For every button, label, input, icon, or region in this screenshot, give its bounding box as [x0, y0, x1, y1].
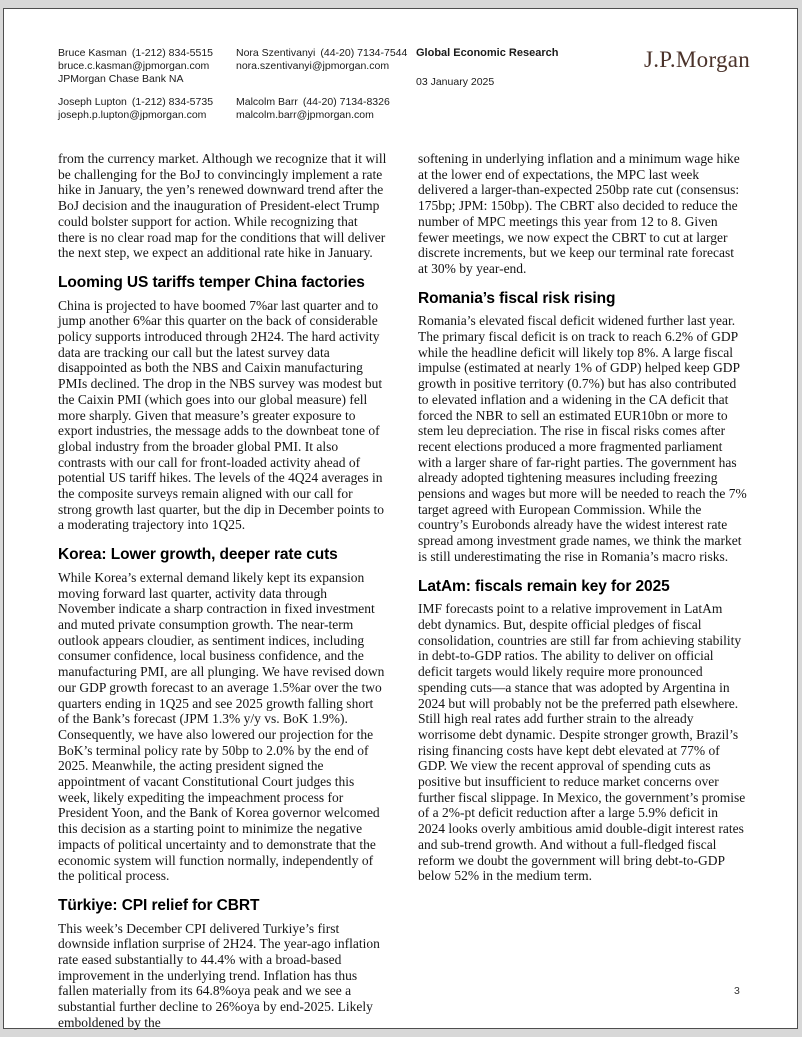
paragraph-turkiye: This week’s December CPI delivered Turki…	[58, 921, 387, 1031]
department-title: Global Economic Research	[416, 47, 616, 60]
section-heading-latam: LatAm: fiscals remain key for 2025	[418, 579, 747, 595]
contact-name-phone: Bruce Kasman(1-212) 834-5515	[58, 47, 230, 60]
section-heading-romania: Romania’s fiscal risk rising	[418, 291, 747, 307]
publication-date: 03 January 2025	[416, 76, 616, 89]
paragraph-china: China is projected to have boomed 7%ar l…	[58, 298, 387, 534]
text-column-left: from the currency market. Although we re…	[58, 151, 387, 1031]
contact-org: JPMorgan Chase Bank NA	[58, 73, 230, 86]
contact-email: joseph.p.lupton@jpmorgan.com	[58, 109, 230, 122]
paragraph-latam: IMF forecasts point to a relative improv…	[418, 601, 747, 884]
section-heading-china-tariffs: Looming US tariffs temper China factorie…	[58, 275, 387, 291]
contact-phone: (44-20) 7134-8326	[303, 96, 390, 108]
paragraph-boj-continuation: from the currency market. Although we re…	[58, 151, 387, 261]
header-contacts-column-2: Nora Szentivanyi(44-20) 7134-7544 nora.s…	[236, 47, 412, 127]
contact-email: bruce.c.kasman@jpmorgan.com	[58, 60, 230, 73]
header-contacts-column-1: Bruce Kasman(1-212) 834-5515 bruce.c.kas…	[58, 47, 230, 127]
contact-name: Nora Szentivanyi	[236, 47, 315, 59]
page-number: 3	[734, 985, 740, 997]
contact-name-phone: Nora Szentivanyi(44-20) 7134-7544	[236, 47, 412, 60]
contact-name: Malcolm Barr	[236, 96, 298, 108]
contact-bruce-kasman: Bruce Kasman(1-212) 834-5515 bruce.c.kas…	[58, 47, 230, 91]
document-page: Bruce Kasman(1-212) 834-5515 bruce.c.kas…	[3, 8, 798, 1029]
contact-email: malcolm.barr@jpmorgan.com	[236, 109, 412, 122]
contact-name: Bruce Kasman	[58, 47, 127, 59]
contact-name: Joseph Lupton	[58, 96, 127, 108]
paragraph-korea: While Korea’s external demand likely kep…	[58, 570, 387, 884]
section-heading-korea: Korea: Lower growth, deeper rate cuts	[58, 547, 387, 563]
contact-phone: (44-20) 7134-7544	[320, 47, 407, 59]
contact-joseph-lupton: Joseph Lupton(1-212) 834-5735 joseph.p.l…	[58, 96, 230, 122]
paragraph-romania: Romania’s elevated fiscal deficit widene…	[418, 313, 747, 564]
section-heading-turkiye: Türkiye: CPI relief for CBRT	[58, 898, 387, 914]
contact-phone: (1-212) 834-5515	[132, 47, 213, 59]
contact-phone: (1-212) 834-5735	[132, 96, 213, 108]
contact-email: nora.szentivanyi@jpmorgan.com	[236, 60, 412, 73]
text-column-right: softening in underlying inflation and a …	[418, 151, 747, 884]
contact-malcolm-barr: Malcolm Barr(44-20) 7134-8326 malcolm.ba…	[236, 96, 412, 122]
header-publication-info: Global Economic Research 03 January 2025	[416, 47, 616, 89]
jpmorgan-logo: J.P.Morgan	[644, 47, 750, 73]
contact-name-phone: Malcolm Barr(44-20) 7134-8326	[236, 96, 412, 109]
paragraph-cbrt-continuation: softening in underlying inflation and a …	[418, 151, 747, 277]
contact-nora-szentivanyi: Nora Szentivanyi(44-20) 7134-7544 nora.s…	[236, 47, 412, 91]
contact-name-phone: Joseph Lupton(1-212) 834-5735	[58, 96, 230, 109]
